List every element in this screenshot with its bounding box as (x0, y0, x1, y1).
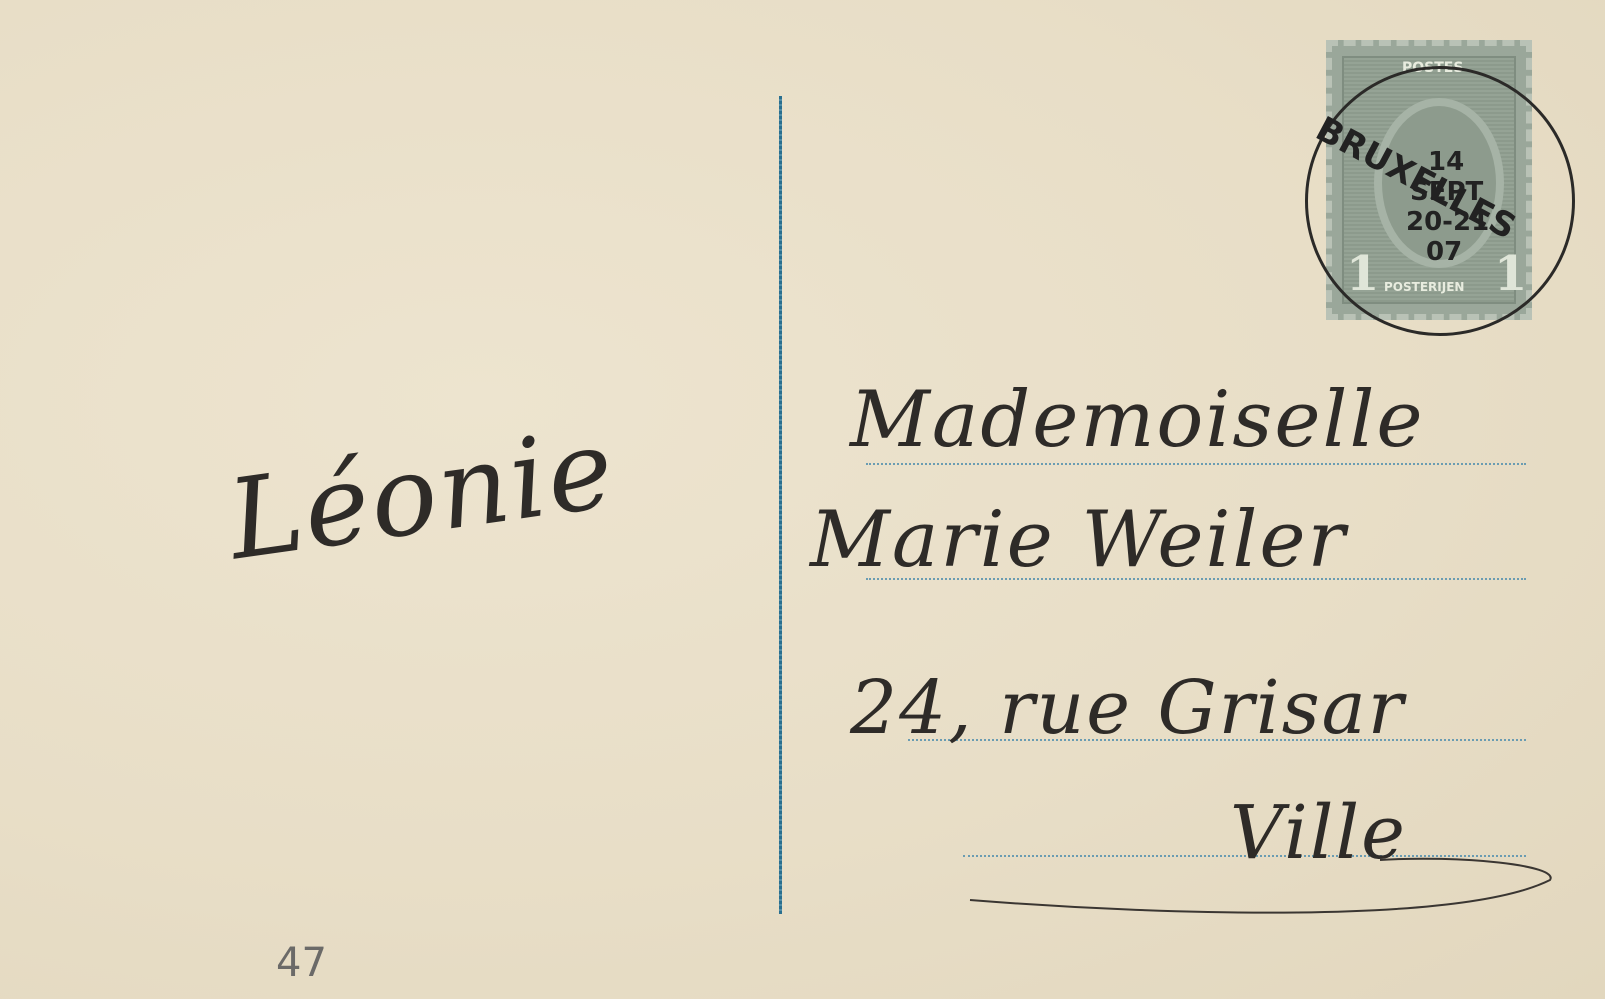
postmark-circle: BRUXELLES 14 SEPT 20-21 07 (1305, 66, 1575, 336)
pencil-note-number: 47 (276, 940, 327, 986)
postmark-year: 07 (1426, 237, 1462, 267)
address-line-2: Marie Weiler (810, 495, 1347, 585)
flourish-underline-icon (960, 840, 1560, 920)
postmark-day: 14 (1428, 147, 1464, 177)
address-line-1: Mademoiselle (850, 375, 1425, 465)
postcard-back: Léonie 47 Mademoiselle Marie Weiler 24, … (0, 0, 1605, 999)
signature-leonie: Léonie (221, 404, 623, 585)
postmark-time: 20-21 (1406, 207, 1489, 237)
address-line-3: 24, rue Grisar (850, 665, 1405, 751)
postmark-month: SEPT (1410, 177, 1483, 207)
center-divider-line (779, 96, 782, 914)
